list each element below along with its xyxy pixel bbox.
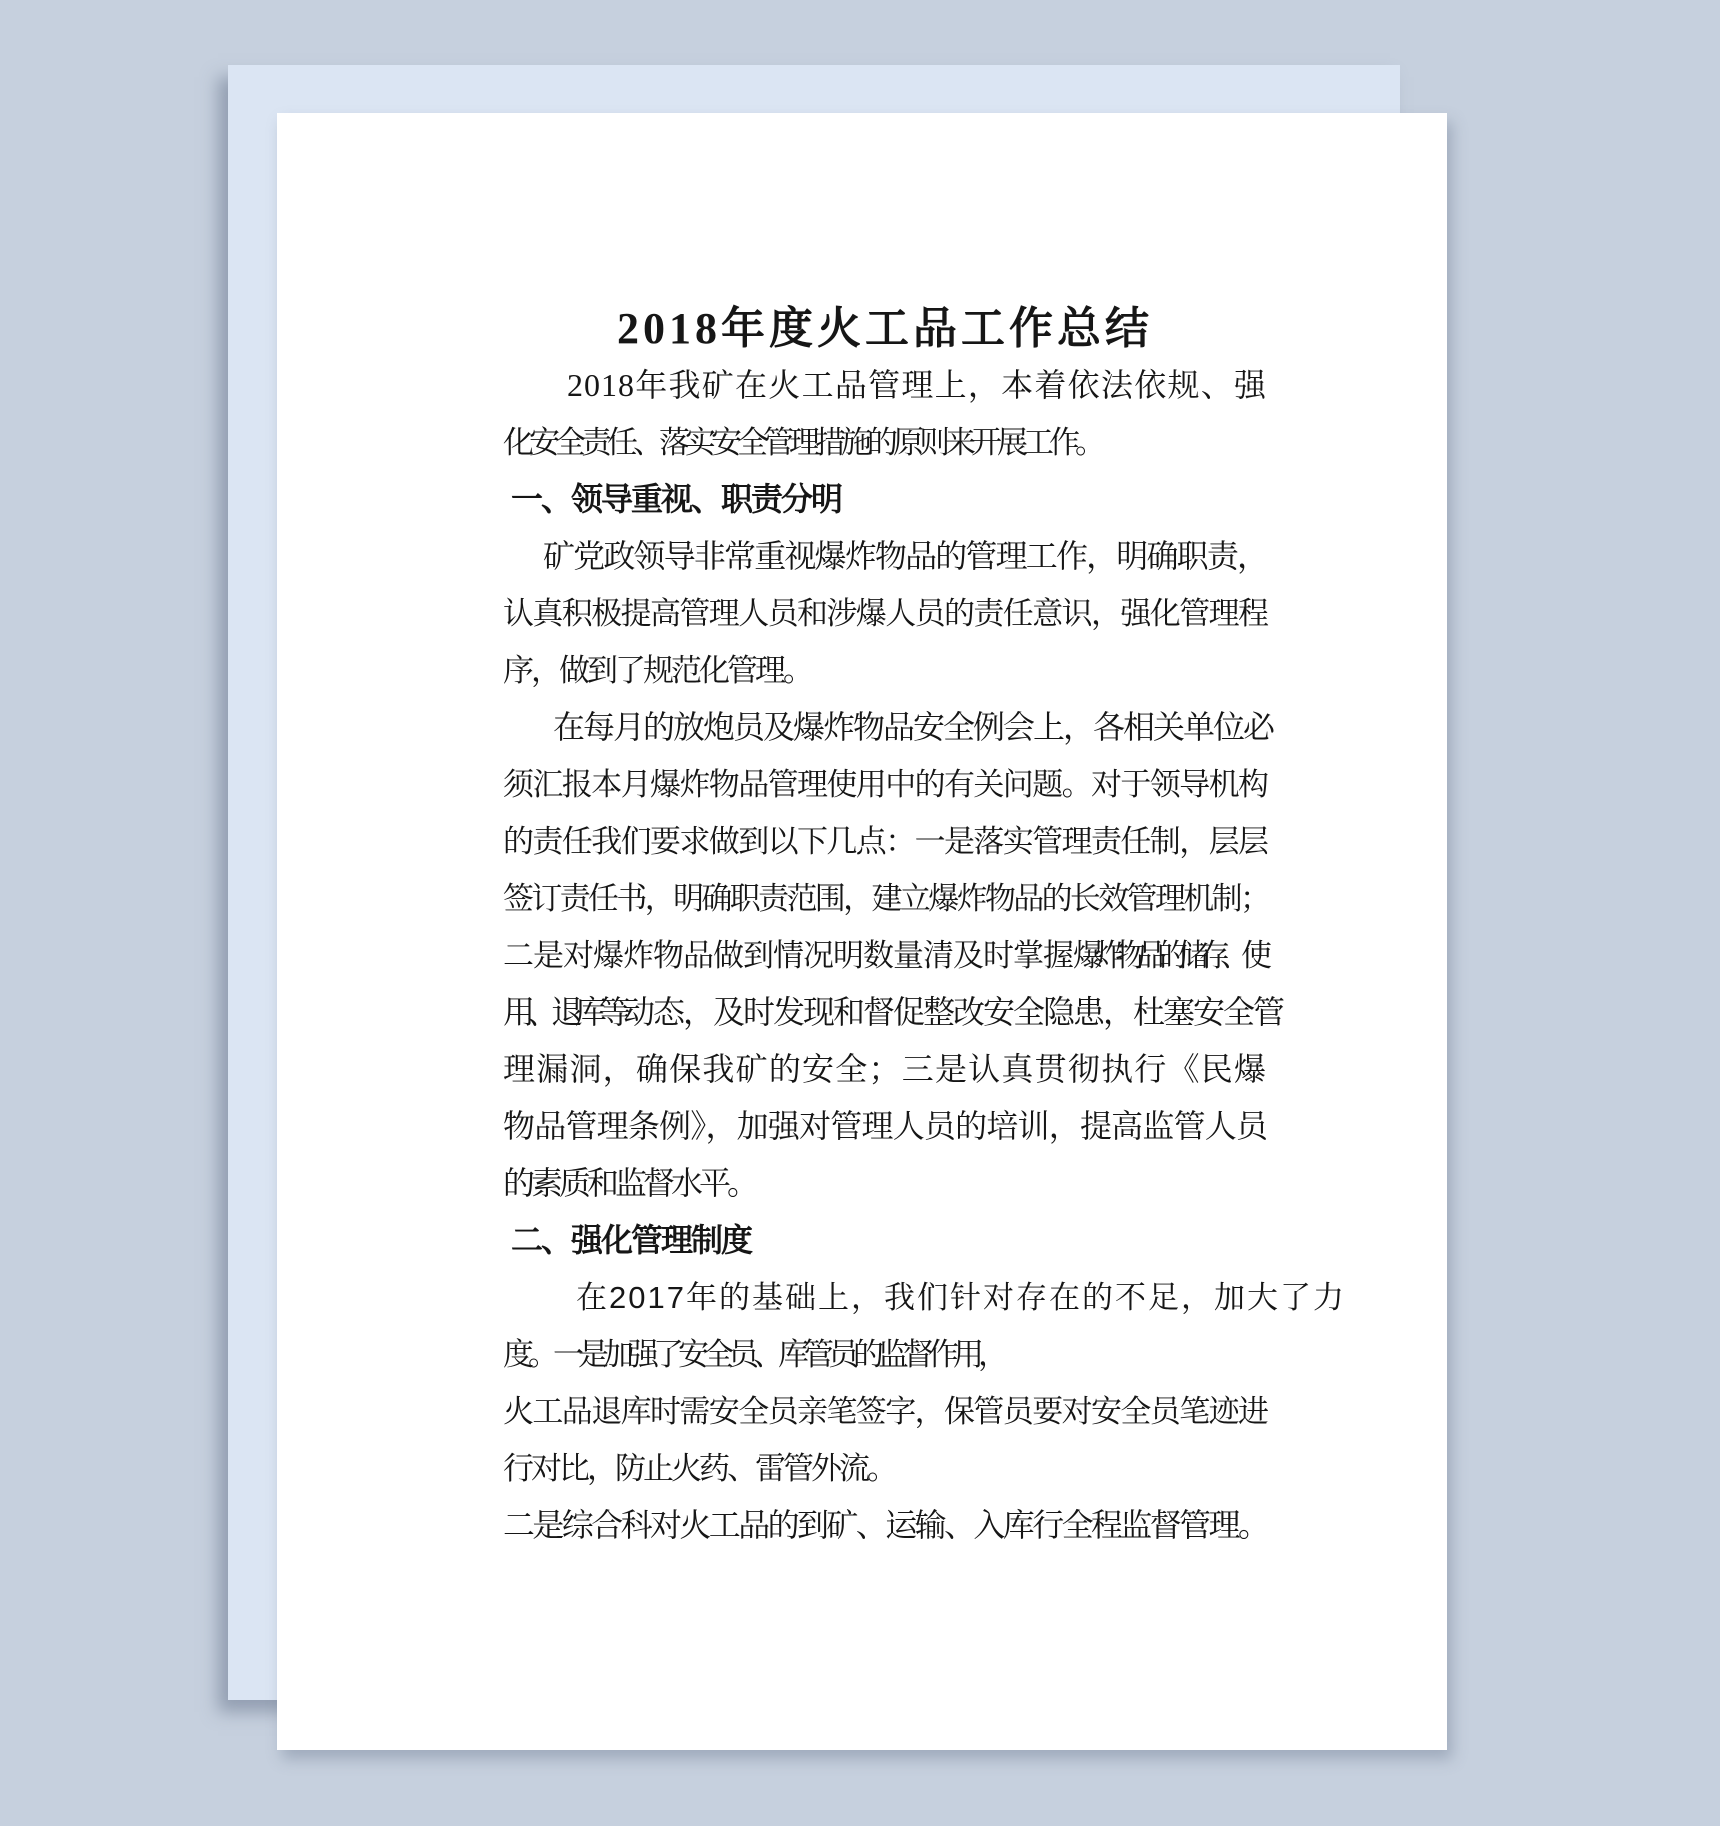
- text-line: 火工品退库时需安全员亲笔签字，保管员要对安全员笔迹进: [503, 1383, 1267, 1440]
- text-line: 签订责任书，明确职责范围，建立爆炸物品的长效管理机制；: [503, 870, 1267, 927]
- text-line: 一、领导重视、职责分明: [503, 471, 1267, 528]
- document-title: 2018年度火工品工作总结: [503, 298, 1267, 360]
- text-segment: 爆炸物品的储存、使: [1073, 938, 1262, 973]
- document-body: 2018年我矿在火工品管理上，本着依法依规、强化安全责任、落实安全管理措施的原则…: [503, 357, 1267, 1554]
- text-line: 序，做到了规范化管理。: [503, 642, 1267, 699]
- text-line: 的素质和监督水平。: [503, 1155, 1267, 1212]
- text-segment: 用、退库等: [503, 994, 623, 1030]
- text-line: 度。一是加强了安全员、库管员的监督作用，: [503, 1326, 1267, 1383]
- text-line: 的责任我们要求做到以下几点：一是落实管理责任制，层层: [503, 813, 1267, 870]
- text-line: 须汇报本月爆炸物品管理使用中的有关问题。对于领导机构: [503, 756, 1267, 813]
- text-segment: 动态，及时发现和督促整改安全隐患，杜塞安全管: [623, 994, 1283, 1030]
- text-line: 认真积极提高管理人员和涉爆人员的责任意识，强化管理程: [503, 585, 1267, 642]
- text-segment: 二是对爆炸物品做到情况明数量清及时掌握: [503, 938, 1073, 973]
- document-page: 2018年度火工品工作总结 2018年我矿在火工品管理上，本着依法依规、强化安全…: [277, 113, 1447, 1750]
- text-line: 二是对爆炸物品做到情况明数量清及时掌握爆炸物品的储存、使: [503, 927, 1267, 984]
- text-line: 矿党政领导非常重视爆炸物品的管理工作，明确职责，: [503, 528, 1267, 585]
- text-line: 物品管理条例》，加强对管理人员的培训，提高监管人员: [503, 1098, 1267, 1155]
- text-line: 行对比，防止火药、雷管外流。: [503, 1440, 1267, 1497]
- text-line: 在2017年的基础上，我们针对存在的不足，加大了力: [503, 1269, 1267, 1326]
- text-line: 二、强化管理制度: [503, 1212, 1267, 1269]
- text-line: 用、退库等动态，及时发现和督促整改安全隐患，杜塞安全管: [503, 984, 1267, 1041]
- desktop-background: 2018年度火工品工作总结 2018年我矿在火工品管理上，本着依法依规、强化安全…: [0, 0, 1720, 1826]
- text-line: 二是综合科对火工品的到矿、运输、入库行全程监督管理。: [503, 1497, 1267, 1554]
- text-line: 理漏洞，确保我矿的安全；三是认真贯彻执行《民爆: [503, 1041, 1267, 1098]
- text-line: 2018年我矿在火工品管理上，本着依法依规、强: [503, 357, 1267, 414]
- text-line: 化安全责任、落实安全管理措施的原则来开展工作。: [503, 414, 1267, 471]
- text-line: 在每月的放炮员及爆炸物品安全例会上，各相关单位必: [503, 699, 1267, 756]
